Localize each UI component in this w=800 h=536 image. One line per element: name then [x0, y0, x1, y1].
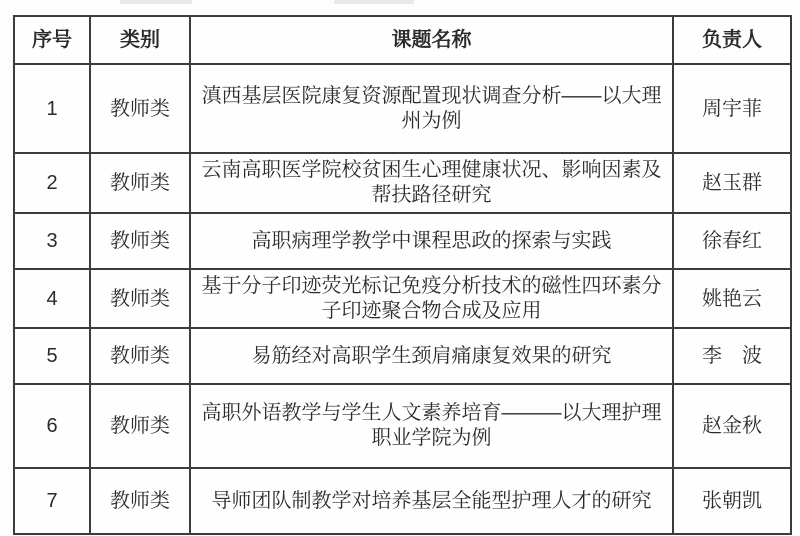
cell-seq-no: 1: [14, 64, 90, 153]
cell-project-title: 云南高职医学院校贫困生心理健康状况、影响因素及帮扶路径研究: [190, 153, 673, 213]
cell-seq-no: 4: [14, 269, 90, 328]
cell-leader: 周宇菲: [673, 64, 791, 153]
header-seq-no: 序号: [14, 16, 90, 64]
cell-seq-no: 6: [14, 384, 90, 468]
cell-category: 教师类: [90, 64, 190, 153]
cell-category: 教师类: [90, 153, 190, 213]
cell-category: 教师类: [90, 468, 190, 534]
table-row: 5 教师类 易筋经对高职学生颈肩痛康复效果的研究 李 波: [14, 328, 791, 384]
table-row: 2 教师类 云南高职医学院校贫困生心理健康状况、影响因素及帮扶路径研究 赵玉群: [14, 153, 791, 213]
table-row: 3 教师类 高职病理学教学中课程思政的探索与实践 徐春红: [14, 213, 791, 269]
cell-seq-no: 2: [14, 153, 90, 213]
table-header-row: 序号 类别 课题名称 负责人: [14, 16, 791, 64]
cell-project-title: 易筋经对高职学生颈肩痛康复效果的研究: [190, 328, 673, 384]
table-row: 1 教师类 滇西基层医院康复资源配置现状调查分析——以大理州为例 周宇菲: [14, 64, 791, 153]
header-leader: 负责人: [673, 16, 791, 64]
cell-seq-no: 7: [14, 468, 90, 534]
cropped-content-artifact: [334, 0, 414, 4]
cell-leader: 李 波: [673, 328, 791, 384]
table-row: 6 教师类 高职外语教学与学生人文素养培育———以大理护理职业学院为例 赵金秋: [14, 384, 791, 468]
header-category: 类别: [90, 16, 190, 64]
cell-leader: 赵金秋: [673, 384, 791, 468]
cell-leader: 赵玉群: [673, 153, 791, 213]
cell-category: 教师类: [90, 384, 190, 468]
table-row: 7 教师类 导师团队制教学对培养基层全能型护理人才的研究 张朝凯: [14, 468, 791, 534]
cell-leader: 徐春红: [673, 213, 791, 269]
cell-seq-no: 3: [14, 213, 90, 269]
cell-project-title: 导师团队制教学对培养基层全能型护理人才的研究: [190, 468, 673, 534]
table-row: 4 教师类 基于分子印迹荧光标记免疫分析技术的磁性四环素分子印迹聚合物合成及应用…: [14, 269, 791, 328]
cell-project-title: 高职病理学教学中课程思政的探索与实践: [190, 213, 673, 269]
cell-category: 教师类: [90, 213, 190, 269]
cropped-content-artifact: [120, 0, 192, 4]
header-project-title: 课题名称: [190, 16, 673, 64]
project-list-table: 序号 类别 课题名称 负责人 1 教师类 滇西基层医院康复资源配置现状调查分析—…: [13, 15, 792, 535]
cell-seq-no: 5: [14, 328, 90, 384]
cell-project-title: 基于分子印迹荧光标记免疫分析技术的磁性四环素分子印迹聚合物合成及应用: [190, 269, 673, 328]
document-page: 序号 类别 课题名称 负责人 1 教师类 滇西基层医院康复资源配置现状调查分析—…: [0, 0, 800, 536]
cell-project-title: 滇西基层医院康复资源配置现状调查分析——以大理州为例: [190, 64, 673, 153]
cell-category: 教师类: [90, 269, 190, 328]
cell-leader: 张朝凯: [673, 468, 791, 534]
cell-project-title: 高职外语教学与学生人文素养培育———以大理护理职业学院为例: [190, 384, 673, 468]
cell-leader: 姚艳云: [673, 269, 791, 328]
cell-category: 教师类: [90, 328, 190, 384]
